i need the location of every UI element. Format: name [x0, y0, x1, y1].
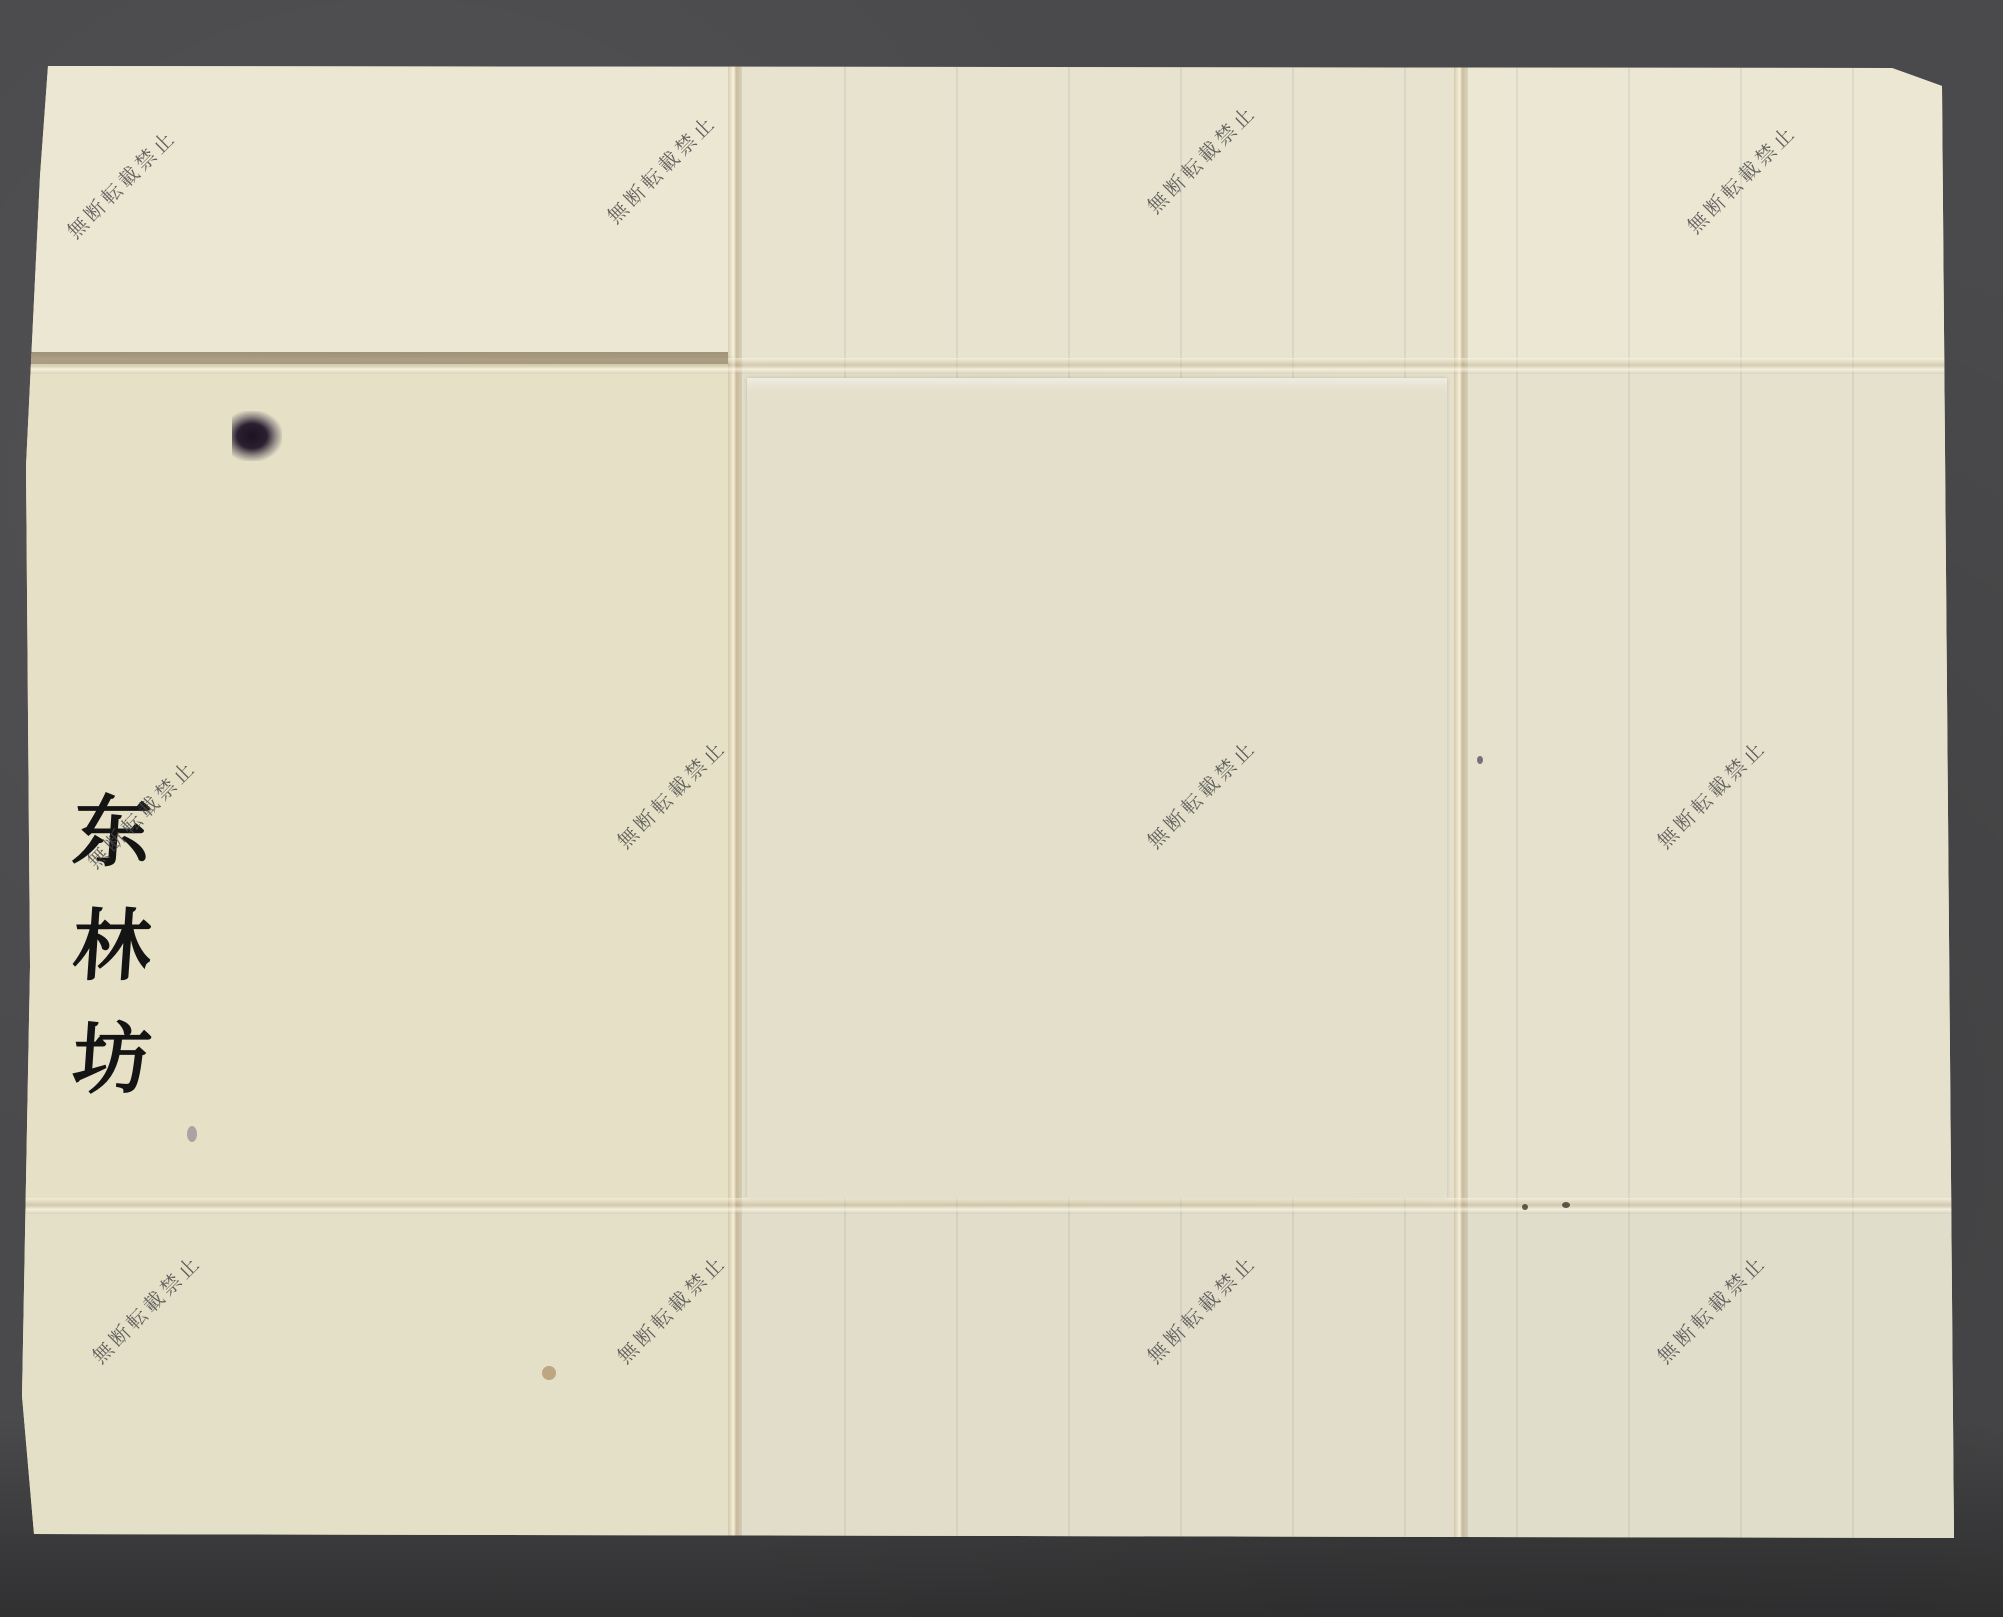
- stain-spot: [542, 1366, 556, 1380]
- folded-paper-document: 东 林 坊: [22, 66, 1962, 1538]
- calligraphy-char-2: 林: [70, 900, 155, 994]
- fold-line-vertical-right: [1454, 66, 1468, 1538]
- stain-spot: [1562, 1202, 1570, 1208]
- ink-blot: [232, 411, 282, 461]
- fold-line-horizontal-bottom: [22, 1198, 1962, 1214]
- fold-line-vertical-left: [728, 66, 742, 1538]
- stain-spot: [1522, 1204, 1528, 1210]
- calligraphy-char-3: 坊: [70, 1013, 155, 1107]
- stain-spot: [187, 1126, 197, 1142]
- panel-center: [747, 378, 1447, 1198]
- stain-spot: [1477, 756, 1483, 764]
- panel-bottom-left: [22, 1206, 734, 1538]
- fold-shadow-top-left: [22, 352, 728, 364]
